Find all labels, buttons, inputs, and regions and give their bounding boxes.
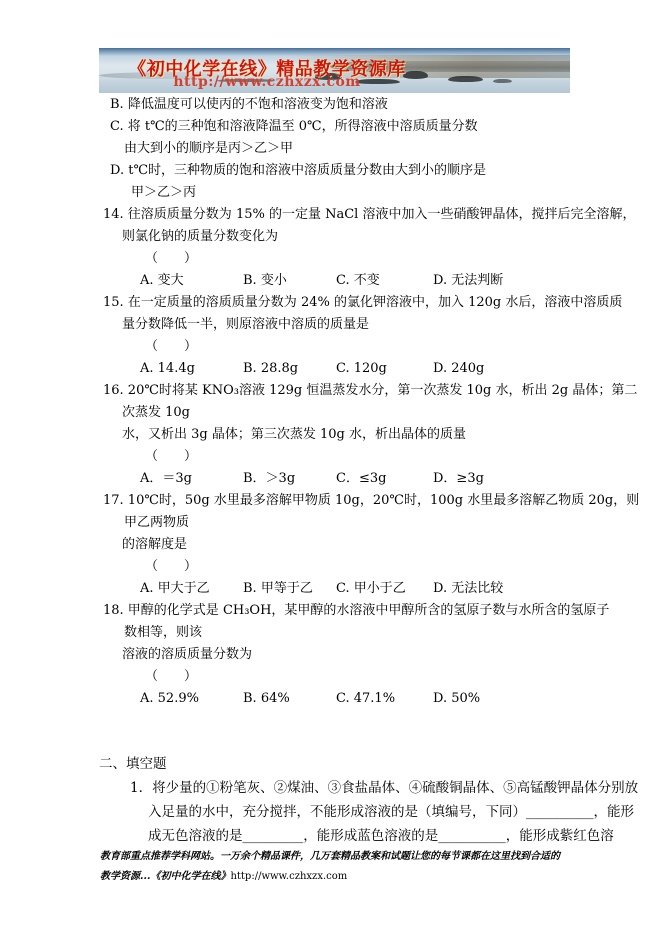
q14-options: A. 变大 B. 变小 C. 不变 D. 无法判断 <box>140 270 578 292</box>
footer-site-url: http://www.czhxzx.com <box>230 871 347 882</box>
document-page: 《初中化学在线》精品教学资源库 http://www.czhxzx.com B.… <box>0 0 661 935</box>
q18-option-a: A. 52.9% <box>140 688 243 710</box>
q16-option-a: A．＝3g <box>140 468 243 490</box>
footer-line2-text: 教学资源...《初中化学在线》 <box>100 871 230 882</box>
q18-options: A. 52.9% B. 64% C. 47.1% D. 50% <box>140 688 578 710</box>
q15-option-c: C. 120g <box>336 358 433 380</box>
q16-line3: 水，又析出 3g 晶体；第三次蒸发 10g 水，析出晶体的质量 <box>122 424 578 446</box>
q16-line1: 16. 20℃时将某 KNO₃溶液 129g 恒温蒸发水分，第一次蒸发 10g … <box>103 380 578 402</box>
q14-option-b: B. 变小 <box>243 270 336 292</box>
q15-answer-paren: （ ） <box>145 336 578 358</box>
q13-option-d-line1: D. t℃时，三种物质的饱和溶液中溶质质量分数由大到小的顺序是 <box>110 160 578 182</box>
q13-option-c-line1: C. 将 t℃的三种饱和溶液降温至 0℃，所得溶液中溶质质量分数 <box>110 116 578 138</box>
q14-line2: 则氯化钠的质量分数变化为 <box>122 226 578 248</box>
q15-option-a: A. 14.4g <box>140 358 243 380</box>
q14-answer-paren: （ ） <box>145 248 578 270</box>
q17-line3: 的溶解度是 <box>122 534 578 556</box>
q16-options: A．＝3g B．＞3g C．≤3g D．≥3g <box>140 468 578 490</box>
section2-title: 二、填空题 <box>99 752 585 776</box>
fill-item1-line2: 入足量的水中，充分搅拌，不能形成溶液的是（填编号，下同）__________，能… <box>148 800 585 824</box>
q17-option-b: B. 甲等于乙 <box>243 578 336 600</box>
boat-silhouette-icon <box>448 76 483 82</box>
site-banner: 《初中化学在线》精品教学资源库 http://www.czhxzx.com <box>99 48 570 93</box>
q14-option-a: A. 变大 <box>140 270 243 292</box>
q18-answer-paren: （ ） <box>145 666 578 688</box>
q17-answer-paren: （ ） <box>145 556 578 578</box>
q14-option-c: C. 不变 <box>336 270 433 292</box>
banner-text-block: 《初中化学在线》精品教学资源库 http://www.czhxzx.com <box>99 48 435 93</box>
q15-option-d: D. 240g <box>433 358 578 380</box>
q13-option-b: B. 降低温度可以使丙的不饱和溶液变为饱和溶液 <box>110 94 578 116</box>
fill-in-section: 二、填空题 1．将少量的①粉笔灰、②煤油、③食盐晶体、④硫酸铜晶体、⑤高锰酸钾晶… <box>99 752 585 848</box>
q17-options: A. 甲大于乙 B. 甲等于乙 C. 甲小于乙 D. 无法比较 <box>140 578 578 600</box>
q15-option-b: B. 28.8g <box>243 358 336 380</box>
q17-option-a: A. 甲大于乙 <box>140 578 243 600</box>
q17-line1: 17. 10℃时，50g 水里最多溶解甲物质 10g，20℃时，100g 水里最… <box>103 490 578 512</box>
q16-option-b: B．＞3g <box>243 468 336 490</box>
q17-option-d: D. 无法比较 <box>433 578 578 600</box>
footer-line1: 教育部重点推荐学科网站。一万余个精品课件，几万套精品教案和试题让您的每节课都在这… <box>100 847 578 867</box>
boat-silhouette-icon <box>493 79 512 83</box>
q15-options: A. 14.4g B. 28.8g C. 120g D. 240g <box>140 358 578 380</box>
q18-option-d: D. 50% <box>433 688 578 710</box>
q17-option-c: C. 甲小于乙 <box>336 578 433 600</box>
q16-line2: 次蒸发 10g <box>122 402 578 424</box>
q18-line1: 18. 甲醇的化学式是 CH₃OH，某甲醇的水溶液中甲醇所含的氢原子数与水所含的… <box>103 600 578 622</box>
q18-line2: 数相等，则该 <box>124 622 578 644</box>
q14-line1: 14. 往溶质质量分数为 15% 的一定量 NaCl 溶液中加入一些硝酸钾晶体，… <box>103 204 578 226</box>
fill-item1-line3: 成无色溶液的是_________，能形成蓝色溶液的是__________，能形成… <box>148 824 585 848</box>
page-footer: 教育部重点推荐学科网站。一万余个精品课件，几万套精品教案和试题让您的每节课都在这… <box>100 847 578 887</box>
q15-line2: 量分数降低一半，则原溶液中溶质的质量是 <box>122 314 578 336</box>
footer-line2: 教学资源...《初中化学在线》http://www.czhxzx.com <box>100 867 578 887</box>
fill-item1-line1: 1．将少量的①粉笔灰、②煤油、③食盐晶体、④硫酸铜晶体、⑤高锰酸钾晶体分别放 <box>130 776 585 800</box>
q16-option-c: C．≤3g <box>336 468 433 490</box>
q18-option-c: C. 47.1% <box>336 688 433 710</box>
question-body: B. 降低温度可以使丙的不饱和溶液变为饱和溶液 C. 将 t℃的三种饱和溶液降温… <box>103 94 578 710</box>
q18-line3: 溶液的溶质质量分数为 <box>122 644 578 666</box>
q15-line1: 15. 在一定质量的溶质质量分数为 24% 的氯化钾溶液中，加入 120g 水后… <box>103 292 578 314</box>
q18-option-b: B. 64% <box>243 688 336 710</box>
q14-option-d: D. 无法判断 <box>433 270 578 292</box>
q13-option-c-line2: 由大到小的顺序是丙＞乙＞甲 <box>124 138 578 160</box>
q17-line2: 甲乙两物质 <box>124 512 578 534</box>
banner-site-url: http://www.czhxzx.com <box>99 74 435 90</box>
q16-answer-paren: （ ） <box>145 446 578 468</box>
q16-option-d: D．≥3g <box>433 468 578 490</box>
q13-option-d-line2: 甲＞乙＞丙 <box>131 182 578 204</box>
